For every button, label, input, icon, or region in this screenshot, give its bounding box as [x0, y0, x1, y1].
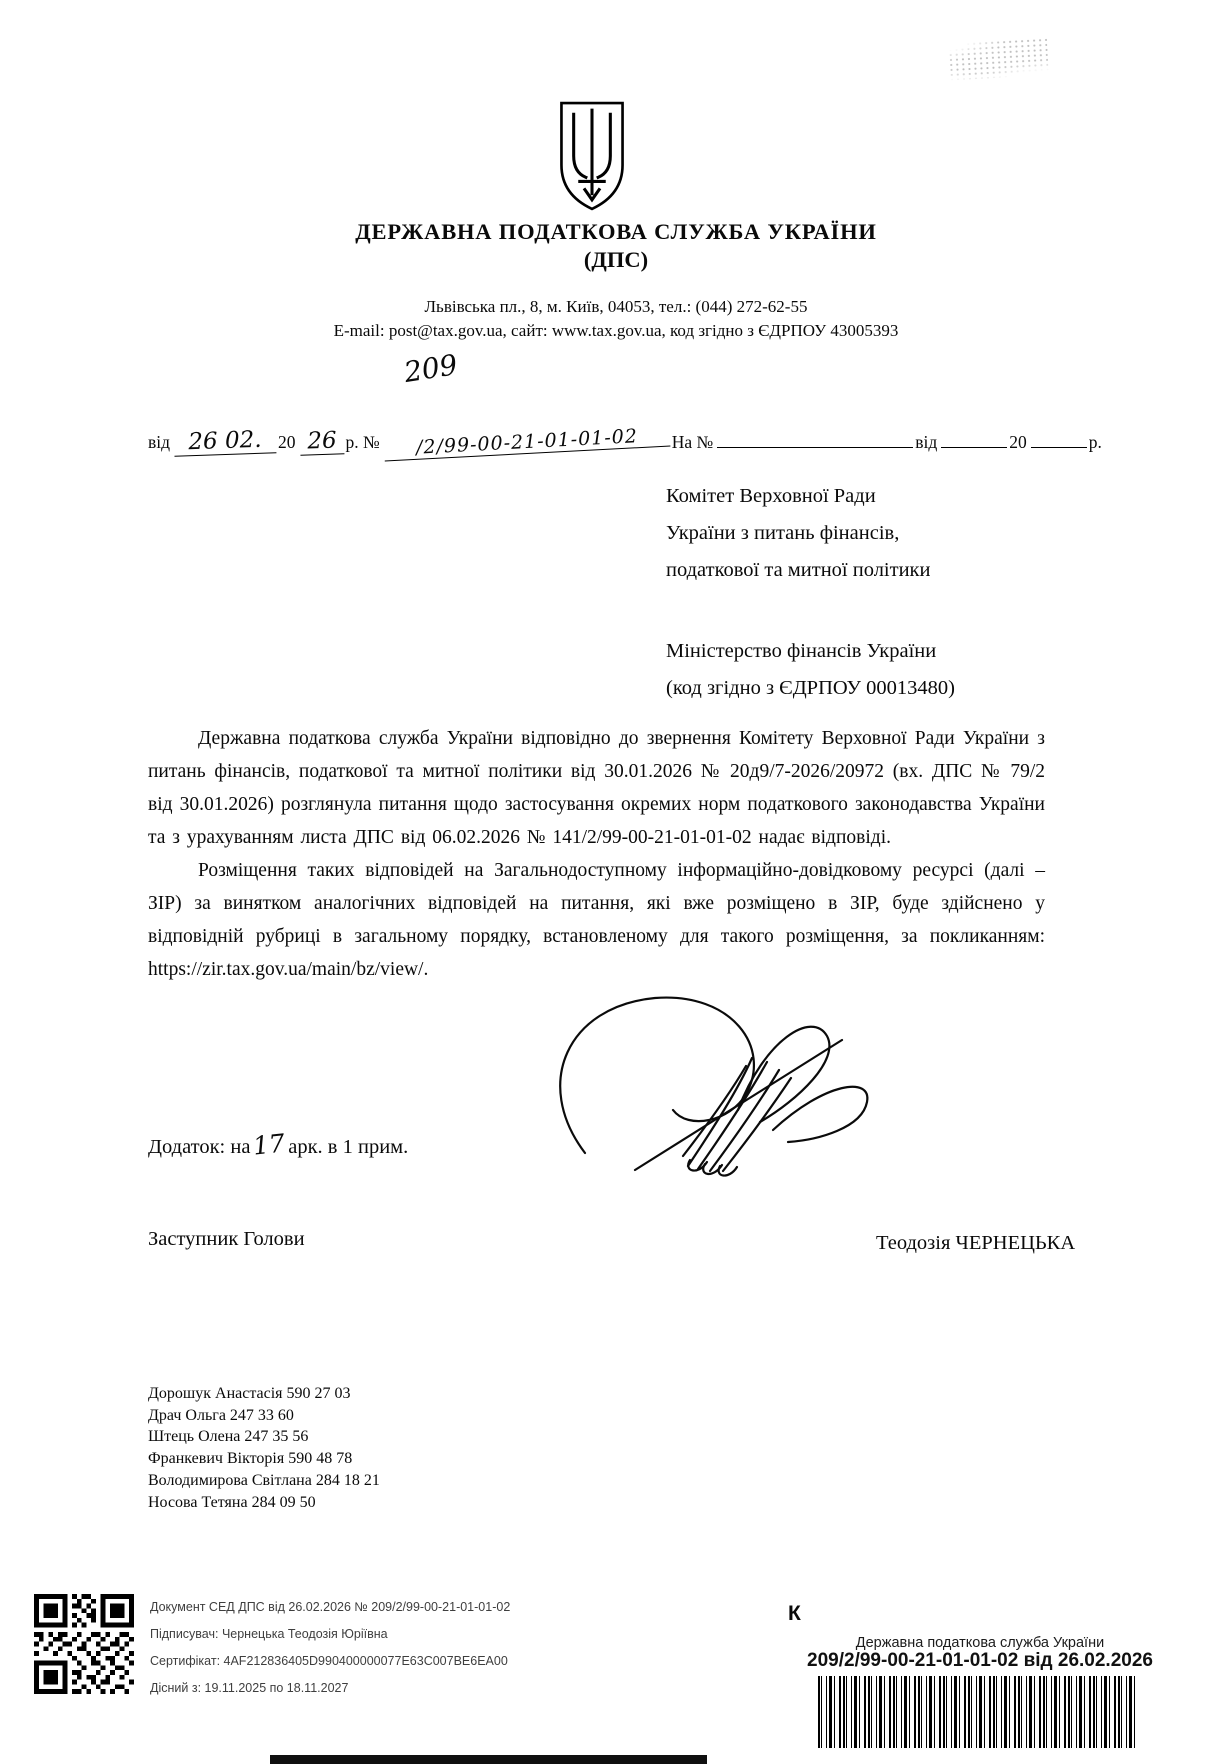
scan-edge-bar [270, 1755, 707, 1764]
barcode-number-line: 209/2/99-00-21-01-01-02 від 26.02.2026 [790, 1650, 1170, 1672]
qr-code [34, 1594, 134, 1694]
org-abbreviation: (ДПС) [0, 247, 1232, 273]
digital-signature-stamp: Документ СЕД ДПС від 26.02.2026 № 209/2/… [150, 1594, 510, 1702]
body-paragraph-2: Розміщення таких відповідей на Загальнод… [148, 854, 1045, 986]
incoming-year-blank [1031, 447, 1087, 448]
recipient-line: Міністерство фінансів України [666, 633, 955, 670]
contact-entry: Володимирова Світлана 284 18 21 [148, 1470, 380, 1492]
barcode-org-line: Державна податкова служба України [812, 1635, 1148, 1651]
recipient-ministry: Міністерство фінансів України (код згідн… [666, 633, 955, 707]
ref-incoming-century: 20 [1007, 432, 1031, 453]
stamp-validity-line: Дісний з: 19.11.2025 по 18.11.2027 [150, 1675, 510, 1702]
ref-from-label: від [146, 432, 174, 453]
ukraine-trident-emblem [556, 100, 628, 212]
ref-incoming-from-label: від [913, 432, 941, 453]
recipient-line: України з питань фінансів, [666, 515, 930, 552]
contact-entry: Драч Ольга 247 33 60 [148, 1405, 380, 1427]
scan-noise-artifact [947, 37, 1049, 80]
reference-line: від 26 02. 20 26 р. № /2/99-00-21-01-01-… [146, 428, 1176, 455]
recipient-line: Комітет Верховної Ради [666, 478, 930, 515]
body-paragraph-1: Державна податкова служба України відпов… [148, 722, 1045, 854]
signer-name: Теодозія ЧЕРНЕЦЬКА [876, 1232, 1075, 1255]
handwritten-year: 26 [299, 427, 344, 456]
handwritten-outgoing-number: 209 [402, 348, 460, 389]
contact-entry: Штець Олена 247 35 56 [148, 1426, 380, 1448]
incoming-date-blank [941, 447, 1007, 448]
ref-century: 20 [276, 432, 300, 453]
org-contacts: E-mail: post@tax.gov.ua, сайт: www.tax.g… [0, 321, 1232, 341]
scanned-letter-page: { "header": { "org_name": "ДЕРЖАВНА ПОДА… [0, 0, 1232, 1764]
letter-body: Державна податкова служба України відпов… [148, 722, 1045, 986]
signer-position: Заступник Голови [148, 1228, 305, 1251]
stamp-signer-line: Підписувач: Чернецька Теодозія Юріївна [150, 1621, 510, 1648]
handwritten-number-suffix: /2/99-00-21-01-01-02 [383, 424, 670, 462]
registration-barcode [818, 1676, 1136, 1748]
k-mark: К [788, 1602, 801, 1626]
recipient-line: податкової та митної політики [666, 552, 930, 589]
contact-entry: Носова Тетяна 284 09 50 [148, 1492, 380, 1514]
org-address: Львівська пл., 8, м. Київ, 04053, тел.: … [0, 297, 1232, 317]
ref-incoming-year-suffix: р. [1087, 432, 1106, 453]
handwritten-date: 26 02. [174, 426, 277, 457]
handwritten-sheet-count: 17 [252, 1128, 287, 1160]
attachment-line: Додаток: на 17 арк. в 1 прим. [148, 1130, 408, 1159]
stamp-certificate-line: Сертифікат: 4AF212836405D990400000077E63… [150, 1648, 510, 1675]
ref-number-label: р. № [344, 432, 384, 453]
handwritten-signature [540, 988, 900, 1183]
attachment-suffix: арк. в 1 прим. [288, 1136, 408, 1159]
recipient-line: (код згідно з ЄДРПОУ 00013480) [666, 670, 955, 707]
org-name: ДЕРЖАВНА ПОДАТКОВА СЛУЖБА УКРАЇНИ [0, 219, 1232, 245]
incoming-number-blank [717, 447, 913, 448]
ref-incoming-label: На № [670, 432, 717, 453]
contact-list: Дорошук Анастасія 590 27 03 Драч Ольга 2… [148, 1383, 380, 1513]
contact-entry: Франкевич Вікторія 590 48 78 [148, 1448, 380, 1470]
recipient-committee: Комітет Верховної Ради України з питань … [666, 478, 930, 589]
attachment-prefix: Додаток: на [148, 1136, 250, 1159]
stamp-document-line: Документ СЕД ДПС від 26.02.2026 № 209/2/… [150, 1594, 510, 1621]
contact-entry: Дорошук Анастасія 590 27 03 [148, 1383, 380, 1405]
